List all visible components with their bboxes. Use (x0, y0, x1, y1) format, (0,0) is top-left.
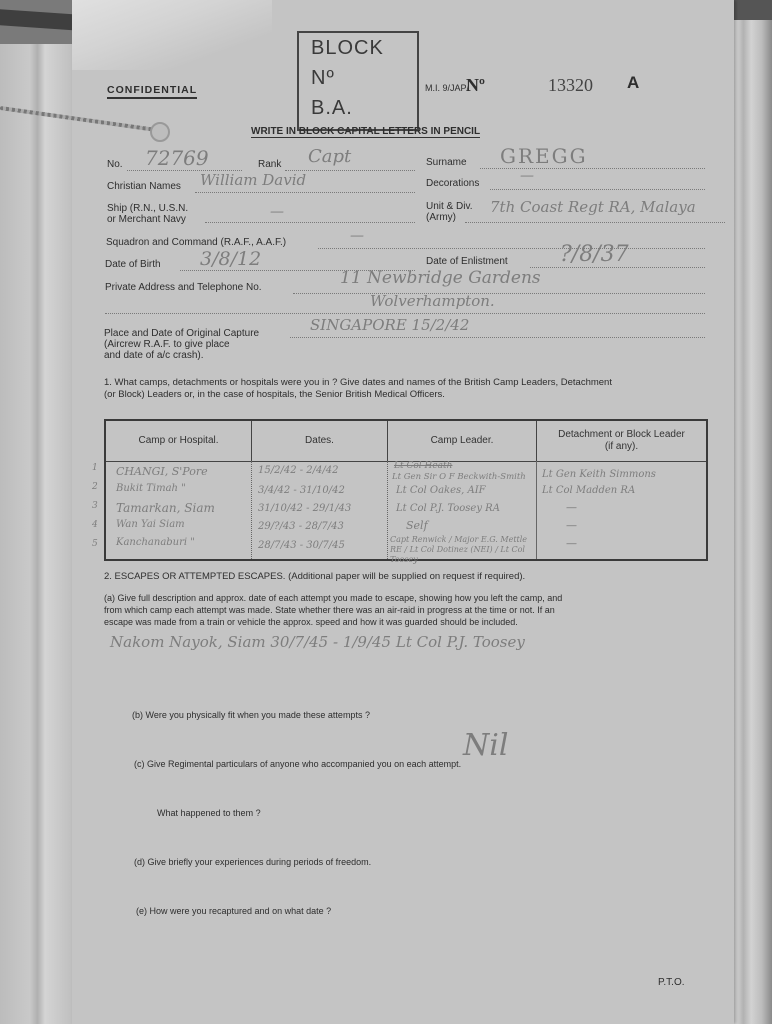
unit-label-line1: Unit & Div. (426, 201, 473, 212)
enlistment-rule (530, 267, 705, 268)
question2e: (e) How were you recaptured and on what … (136, 906, 331, 916)
decorations-value[interactable]: — (520, 168, 534, 184)
cell-camp: Kanchanaburi " (116, 537, 195, 548)
capture-label: Place and Date of Original Capture (Airc… (104, 328, 259, 361)
th-detachment-leader: Detachment or Block Leader (if any). (537, 421, 706, 461)
dob-value[interactable]: 3/8/12 (200, 248, 261, 270)
cell-leader: Self (406, 519, 428, 532)
question1-line2: (or Block) Leaders or, in the case of ho… (104, 389, 445, 400)
squadron-label: Squadron and Command (R.A.F., A.A.F.) (106, 237, 286, 248)
question2d: (d) Give briefly your experiences during… (134, 857, 371, 867)
ship-rule (205, 222, 415, 223)
ship-label-line1: Ship (R.N., U.S.N. (107, 203, 188, 214)
question2b: (b) Were you physically fit when you mad… (132, 710, 370, 720)
squadron-value[interactable]: — (350, 228, 364, 244)
serial-suffix: A (627, 73, 639, 93)
cell-leader: Lt Col P.J. Toosey RA (396, 503, 500, 514)
rank-label: Rank (258, 159, 281, 170)
unit-value[interactable]: 7th Coast Regt RA, Malaya (490, 198, 696, 216)
squadron-rule (318, 248, 705, 249)
surname-rule (480, 168, 705, 169)
question2c: (c) Give Regimental particulars of anyon… (134, 759, 461, 769)
cell-detachment: Lt Gen Keith Simmons (542, 469, 656, 480)
camps-table: Camp or Hospital. Dates. Camp Leader. De… (104, 419, 708, 561)
address-line1[interactable]: 11 Newbridge Gardens (340, 268, 541, 288)
address-line2[interactable]: Wolverhampton. (370, 292, 495, 310)
block-stamp-line1: BLOCK (311, 37, 384, 60)
cell-dates: 31/10/42 - 29/1/43 (258, 503, 351, 514)
col-divider-3 (536, 461, 537, 559)
row-number: 3 (92, 501, 98, 511)
col-divider-2 (387, 461, 388, 559)
cell-dates: 29/?/43 - 28/7/43 (258, 521, 344, 532)
th-dates: Dates. (252, 421, 388, 461)
decorations-rule (490, 189, 705, 190)
block-stamp-line2: Nº (311, 67, 335, 90)
question2a-answer[interactable]: Nakom Nayok, Siam 30/7/45 - 1/9/45 Lt Co… (110, 633, 525, 651)
christian-names-rule (195, 192, 415, 193)
capture-label-line2: (Aircrew R.A.F. to give place (104, 339, 259, 350)
question2c-followup: What happened to them ? (157, 808, 261, 818)
address-rule-2 (105, 313, 705, 314)
row-number: 2 (92, 482, 98, 492)
cell-camp: Bukit Timah " (116, 483, 186, 494)
enlistment-value[interactable]: ?/8/37 (560, 242, 629, 267)
surname-value[interactable]: GREGG (500, 144, 588, 168)
number-label: Nº (466, 75, 485, 96)
cell-camp: Wan Yai Siam (116, 519, 185, 530)
capture-rule (290, 337, 705, 338)
serial-number: 13320 (548, 75, 593, 96)
unit-label: Unit & Div. (Army) (426, 201, 473, 223)
block-stamp-line3: B.A. (311, 97, 353, 120)
row-number: 1 (92, 463, 98, 473)
cell-dates: 28/7/43 - 30/7/45 (258, 540, 345, 551)
enlistment-label: Date of Enlistment (426, 256, 508, 267)
th-camp: Camp or Hospital. (106, 421, 252, 461)
cell-detachment: — (566, 519, 577, 532)
question2c-answer[interactable]: Nil (463, 728, 508, 763)
cell-dates: 15/2/42 - 2/4/42 (258, 465, 338, 476)
col-divider-1 (251, 461, 252, 559)
cell-detachment: — (566, 537, 577, 550)
address-rule-1 (293, 293, 705, 294)
cell-leader: Capt Renwick / Major E.G. Mettle RE / Lt… (390, 535, 530, 565)
block-stamp: BLOCK Nº B.A. (297, 31, 419, 131)
struck-out-leader: Lt Col Heath (394, 461, 452, 471)
rank-value[interactable]: Capt (308, 146, 351, 167)
ship-label-line2: or Merchant Navy (107, 214, 188, 225)
question2-heading: 2. ESCAPES OR ATTEMPTED ESCAPES. (Additi… (104, 571, 525, 582)
question1-line1: 1. What camps, detachments or hospitals … (104, 377, 612, 388)
torn-corner (72, 0, 272, 70)
dob-label: Date of Birth (105, 259, 161, 270)
confidential-label: CONFIDENTIAL (107, 84, 197, 99)
no-value[interactable]: 72769 (145, 146, 209, 170)
address-label: Private Address and Telephone No. (105, 282, 262, 293)
row-number: 5 (92, 539, 98, 549)
capture-label-line3: and date of a/c crash). (104, 350, 259, 361)
surname-label: Surname (426, 157, 467, 168)
question2a-line1: (a) Give full description and approx. da… (104, 593, 562, 603)
instruction-note: WRITE IN BLOCK CAPITAL LETTERS IN PENCIL (251, 126, 480, 138)
cell-detachment: — (566, 501, 577, 514)
christian-names-value[interactable]: William David (200, 171, 306, 189)
capture-value[interactable]: SINGAPORE 15/2/42 (310, 316, 469, 334)
cell-camp: Tamarkan, Siam (116, 501, 215, 515)
punch-hole (150, 122, 170, 142)
decorations-label: Decorations (426, 178, 479, 189)
christian-names-label: Christian Names (107, 181, 181, 192)
pto-label: P.T.O. (658, 977, 685, 988)
cell-leader: Lt Gen Sir O F Beckwith-Smith (392, 472, 526, 482)
cell-camp: CHANGI, S'Pore (116, 465, 208, 478)
th-camp-leader: Camp Leader. (388, 421, 537, 461)
no-label: No. (107, 159, 123, 170)
cell-dates: 3/4/42 - 31/10/42 (258, 485, 345, 496)
reference-prefix: M.I. 9/JAP/ (425, 83, 469, 93)
ship-label: Ship (R.N., U.S.N. or Merchant Navy (107, 203, 188, 225)
unit-rule (465, 222, 725, 223)
question2a-line2: from which camp each attempt was made. S… (104, 605, 555, 615)
cell-leader: Lt Col Oakes, AIF (396, 485, 486, 496)
row-number: 4 (92, 520, 98, 530)
cell-detachment: Lt Col Madden RA (542, 485, 635, 496)
ship-value[interactable]: — (270, 204, 284, 220)
binder-spine (0, 0, 75, 1024)
capture-label-line1: Place and Date of Original Capture (104, 328, 259, 339)
question2a-line3: escape was made from a train or vehicle … (104, 617, 518, 627)
